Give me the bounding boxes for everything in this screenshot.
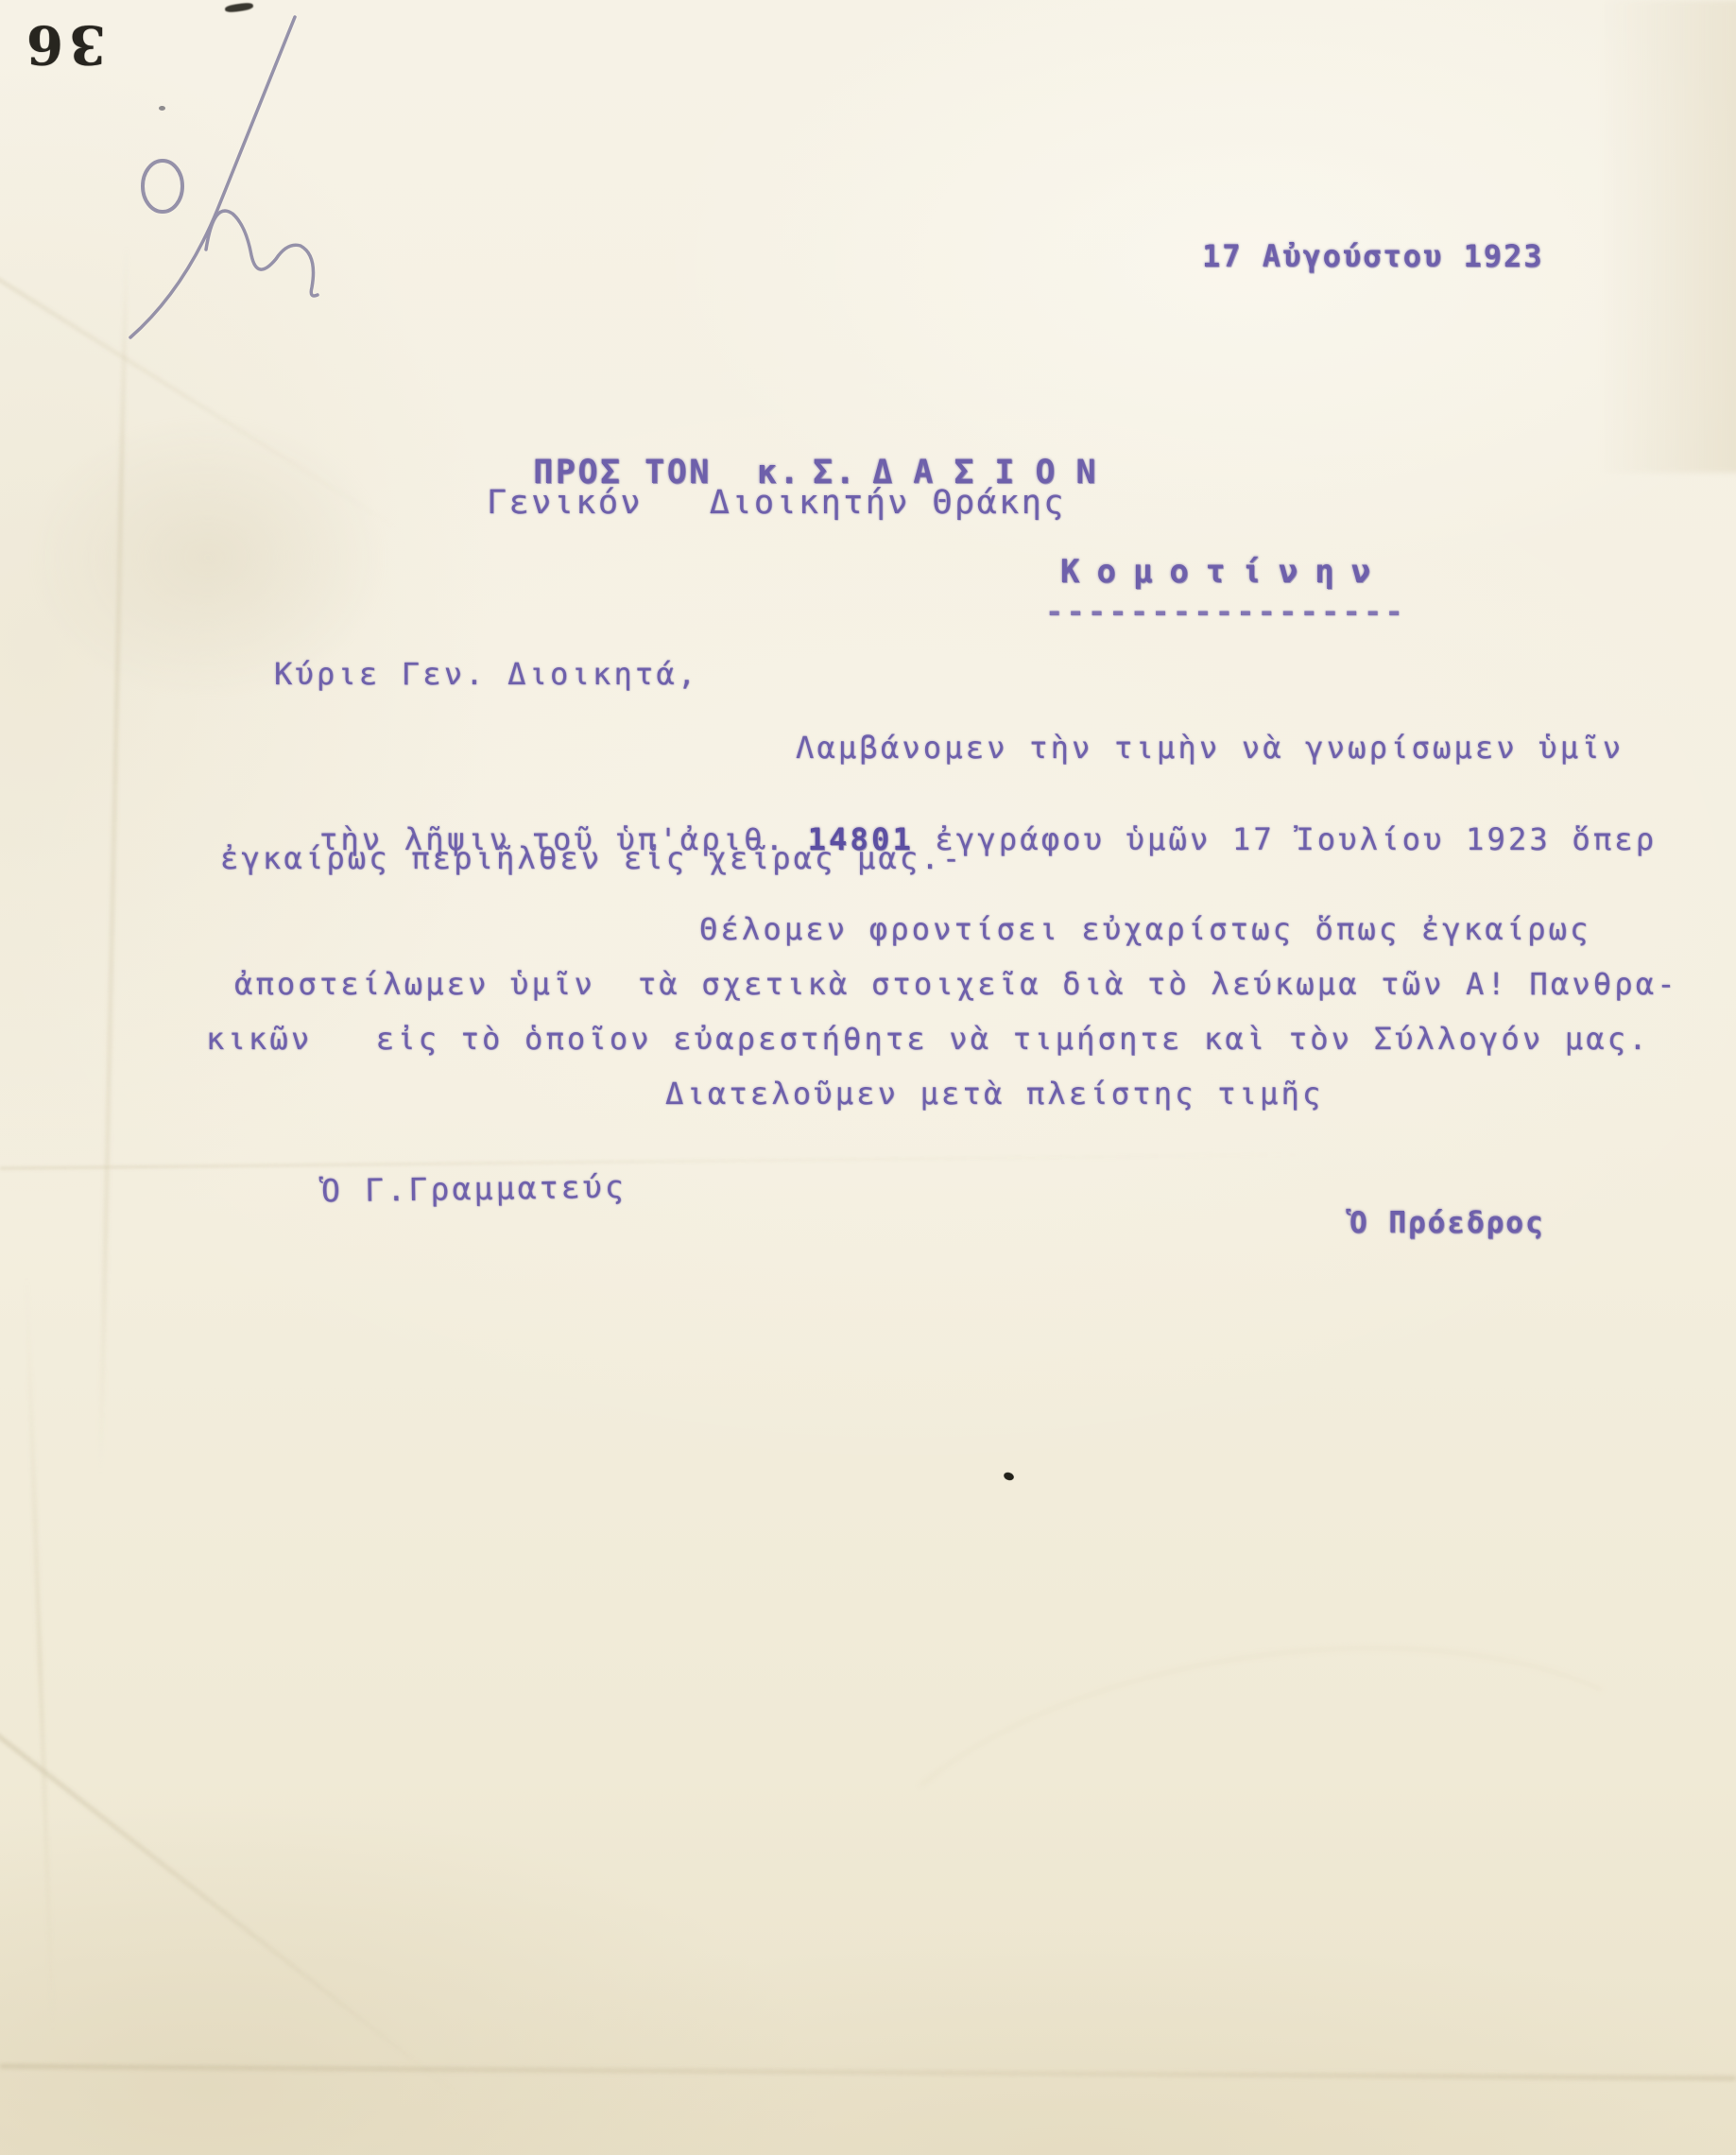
paper-stain [1597, 0, 1736, 473]
body-paragraph2-line3: κικῶν εἰς τὸ ὁποῖον εὐαρεστήθητε νὰ τιμή… [206, 1021, 1650, 1057]
paper-crease [0, 1148, 1736, 1169]
paper-crease [98, 246, 128, 1474]
paper-crease [0, 2064, 1736, 2081]
body-paragraph1-line3: ἐγκαίρως περιῆλθεν εἰς χεῖρας μας.- [220, 840, 963, 876]
paper-crease [0, 1687, 460, 2097]
paper-crease [25, 1276, 55, 2032]
recipient-city: Κομοτίνην [1060, 553, 1387, 591]
body-text: ἐγγράφου ὑμῶν 17 Ἰουλίου 1923 ὅπερ [914, 821, 1657, 857]
handwritten-mark [76, 11, 359, 352]
letter-date: 17 Αὐγούστου 1923 [1202, 238, 1544, 274]
president-signature-label: Ὁ Πρόεδρος [1349, 1206, 1545, 1240]
body-paragraph2-line1: Θέλομεν φροντίσει εὐχαρίστως ὅπως ἐγκαίρ… [699, 911, 1591, 947]
closing-formula: Διατελοῦμεν μετὰ πλείστης τιμῆς [665, 1076, 1323, 1112]
secretary-signature-label: Ὁ Γ.Γραμματεύς [321, 1168, 627, 1210]
ink-speck [1003, 1471, 1015, 1481]
city-underline: ----------------- [1045, 594, 1406, 629]
body-paragraph2-line2: ἀποστείλωμεν ὑμῖν τὰ σχετικὰ στοιχεῖα δι… [234, 966, 1678, 1002]
recipient-title: Γενικόν Διοικητήν Θράκης [487, 484, 1066, 522]
body-paragraph1-line1: Λαμβάνομεν τὴν τιμὴν νὰ γνωρίσωμεν ὑμῖν [796, 730, 1624, 766]
scanned-letter-page: 36 17 Αὐγούστου 1923 ΠΡΟΣ ΤΟΝκ.Σ.ΔΑΣΙΟΝ … [0, 0, 1736, 2155]
body-paragraph1-line2: τὴν λῆψιν τοῦ ὑπ'ἀριθ. 14801 ἐγγράφου ὑμ… [234, 785, 1657, 893]
salutation: Κύριε Γεν. Διοικητά, [274, 656, 698, 692]
paper-crease [827, 1596, 1728, 2112]
